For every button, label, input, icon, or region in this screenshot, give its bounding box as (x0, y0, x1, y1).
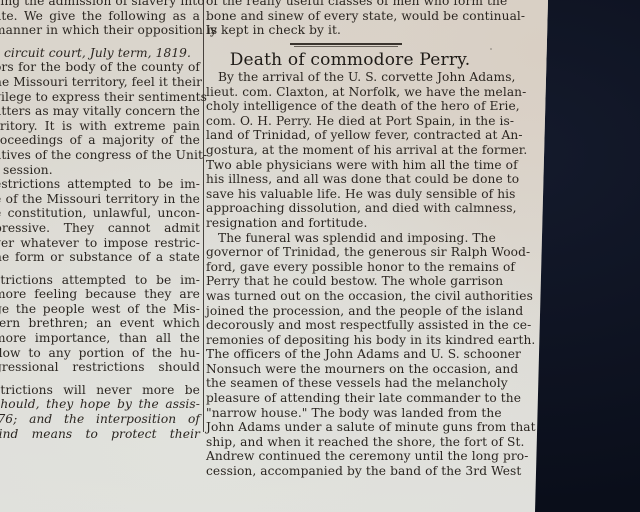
article-line: the seamen of these vessels had the mela… (206, 376, 494, 391)
article-line: decorously and most respectfully assiste… (206, 318, 494, 333)
left-line: strictions attempted to be im- (0, 273, 200, 288)
left-line: atters as may vitally concern the (0, 104, 200, 119)
article-line: resignation and fortitude. (206, 216, 494, 231)
left-line: e of the Missouri territory in the (0, 192, 200, 207)
article-line: Two able physicians were with him all th… (206, 158, 494, 173)
article-line: "narrow house." The body was landed from… (206, 406, 494, 421)
article-line: Andrew continued the ceremony until the … (206, 449, 494, 464)
article-line: was turned out on the occasion, the civi… (206, 289, 494, 304)
left-line: t session. (0, 163, 200, 178)
article-line: choly intelligence of the death of the h… (206, 99, 494, 114)
article-line: save his valuable life. He was duly sens… (206, 187, 494, 202)
left-line: he form or substance of a state (0, 250, 200, 265)
dateline: circuit court, July term, 1819. (0, 46, 200, 61)
article-line: com. O. H. Perry. He died at Port Spain,… (206, 114, 494, 129)
article-line: Nonsuch were the mourners on the occasio… (206, 362, 494, 377)
article-line: pleasure of attending their late command… (206, 391, 494, 406)
left-line: strictions will never more be (0, 383, 200, 398)
left-line: ate. We give the following as a (0, 9, 200, 24)
left-line: e constitution, unlawful, uncon- (0, 206, 200, 221)
right-line: ly kept in check by it. (206, 23, 494, 38)
left-line: should, they hope by the assis- (0, 397, 200, 412)
left-spacer (0, 375, 200, 383)
left-line: '76; and the interposition of (0, 412, 200, 427)
left-line: rritory. It is with extreme pain (0, 119, 200, 134)
article-body: By the arrival of the U. S. corvette Joh… (206, 70, 494, 479)
left-column: sing the admission of slavery into ate. … (0, 0, 200, 441)
left-line: manner in which their opposition is (0, 23, 200, 38)
article-line: approaching dissolution, and died with c… (206, 201, 494, 216)
article-separator-rule (290, 43, 402, 45)
left-line: more feeling because they are (0, 287, 200, 302)
article-line: ship, and when it reached the shore, the… (206, 435, 494, 450)
article-line: By the arrival of the U. S. corvette Joh… (206, 70, 494, 85)
left-line: flow to any portion of the hu- (0, 346, 200, 361)
left-line: sing the admission of slavery into (0, 0, 200, 9)
article-line: ford, gave every possible honor to the r… (206, 260, 494, 275)
article-line: governor of Trinidad, the generous sir R… (206, 245, 494, 260)
paper-speck (490, 48, 492, 50)
article-line: Perry that he could bestow. The whole ga… (206, 274, 494, 289)
left-line: estrictions attempted to be im- (0, 177, 200, 192)
left-line: ge the people west of the Mis- (0, 302, 200, 317)
article-line: remonies of depositing his body in its k… (206, 333, 494, 348)
article-line: gostura, at the moment of his arrival at… (206, 143, 494, 158)
article-line: The officers of the John Adams and U. S.… (206, 347, 494, 362)
left-line: roceedings of a majority of the (0, 133, 200, 148)
left-line: ver whatever to impose restric- (0, 236, 200, 251)
article-line: his illness, and all was done that could… (206, 172, 494, 187)
article-headline: Death of commodore Perry. (206, 50, 494, 70)
article-line: land of Trinidad, of yellow fever, contr… (206, 128, 494, 143)
article-line: lieut. com. Claxton, at Norfolk, we have… (206, 85, 494, 100)
article-line: The funeral was splendid and imposing. T… (206, 231, 494, 246)
article-line: cession, accompanied by the band of the … (206, 464, 494, 479)
previous-article-end: of the really useful classes of men who … (206, 0, 494, 38)
left-line: pressive. They cannot admit (0, 221, 200, 236)
right-line: bone and sinew of every state, would be … (206, 9, 494, 24)
left-line: ors for the body of the county of (0, 60, 200, 75)
left-line: more importance, than all the (0, 331, 200, 346)
left-spacer (0, 38, 200, 46)
left-line: gressional restrictions should (0, 360, 200, 375)
article-separator-rule-thin (294, 46, 398, 47)
left-spacer (0, 265, 200, 273)
column-divider (203, 0, 204, 432)
right-line: of the really useful classes of men who … (206, 0, 494, 9)
article-line: joined the procession, and the people of… (206, 304, 494, 319)
paper-speck (508, 455, 510, 457)
left-line: he Missouri territory, feel it their (0, 75, 200, 90)
left-line: atives of the congress of the Unit- (0, 148, 200, 163)
left-line: vilege to express their sentiments (0, 90, 200, 105)
article-line: John Adams under a salute of minute guns… (206, 420, 494, 435)
left-line: find means to protect their (0, 427, 200, 442)
left-line: tern brethren; an event which (0, 316, 200, 331)
paper-speck (157, 420, 159, 422)
